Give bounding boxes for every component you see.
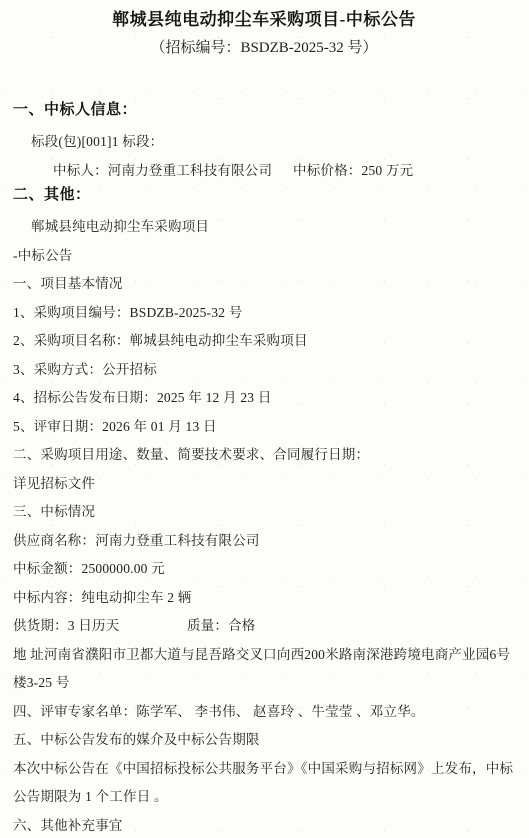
paragraph-line: 四、评审专家名单：陈学军、 李书伟、 赵喜玲 、牛莹莹 、邓立华。 [13,698,515,727]
lot-line: 标段(包)[001]1 标段： [31,128,515,157]
paragraph-line: 本次中标公告在《中国招标投标公共服务平台》《中国采购与招标网》上发布，中标公告期… [13,755,515,812]
paragraph-line: 地 址河南省濮阳市卫都大道与昆吾路交叉口向西200米路南深港跨境电商产业园6号楼… [13,641,515,698]
paragraph-line: 中标内容：纯电动抑尘车 2 辆 [13,584,515,613]
paragraph-line: 供货期：3 日历天质量：合格 [13,612,515,641]
document-title: 郸城县纯电动抑尘车采购项目-中标公告 [13,9,515,31]
paragraph-line: 三、中标情况 [13,498,515,527]
paragraph-line: 一、项目基本情况 [13,270,515,299]
announcement-body: 郸城县纯电动抑尘车采购项目-中标公告一、项目基本情况1、采购项目编号：BSDZB… [13,213,515,838]
paragraph-line: 五、中标公告发布的媒介及中标公告期限 [13,726,515,755]
paragraph-line: 二、采购项目用途、数量、简要技术要求、合同履行日期： [13,441,515,470]
paragraph-line: 3、采购方式：公开招标 [13,356,515,385]
paragraph-line: 2、采购项目名称：郸城县纯电动抑尘车采购项目 [13,327,515,356]
paragraph-line: 5、评审日期：2026 年 01 月 13 日 [13,413,515,442]
announcement-document: 郸城县纯电动抑尘车采购项目-中标公告 （招标编号：BSDZB-2025-32 号… [0,0,529,838]
paragraph-line: 详见招标文件 [13,470,515,499]
winner-price: 中标价格：250 万元 [293,163,413,178]
winner-line: 中标人：河南力登重工科技有限公司中标价格：250 万元 [53,157,515,186]
paragraph-line: 4、招标公告发布日期：2025 年 12 月 23 日 [13,384,515,413]
paragraph-line: 六、其他补充事宜 [13,812,515,838]
supply-period-text: 供货期：3 日历天 [13,612,187,641]
paragraph-line: -中标公告 [13,242,515,271]
winner-name: 中标人：河南力登重工科技有限公司 [53,157,293,186]
paragraph-line: 郸城县纯电动抑尘车采购项目 [31,213,515,242]
other-heading: 二、其他： [13,185,515,204]
tender-number-subtitle: （招标编号：BSDZB-2025-32 号） [13,38,515,59]
paragraph-line: 供应商名称：河南力登重工科技有限公司 [13,527,515,556]
paragraph-line: 中标金额：2500000.00 元 [13,555,515,584]
paragraph-line: 1、采购项目编号：BSDZB-2025-32 号 [13,299,515,328]
winner-info-heading: 一、中标人信息： [13,100,515,119]
quality-text: 质量：合格 [187,618,256,633]
